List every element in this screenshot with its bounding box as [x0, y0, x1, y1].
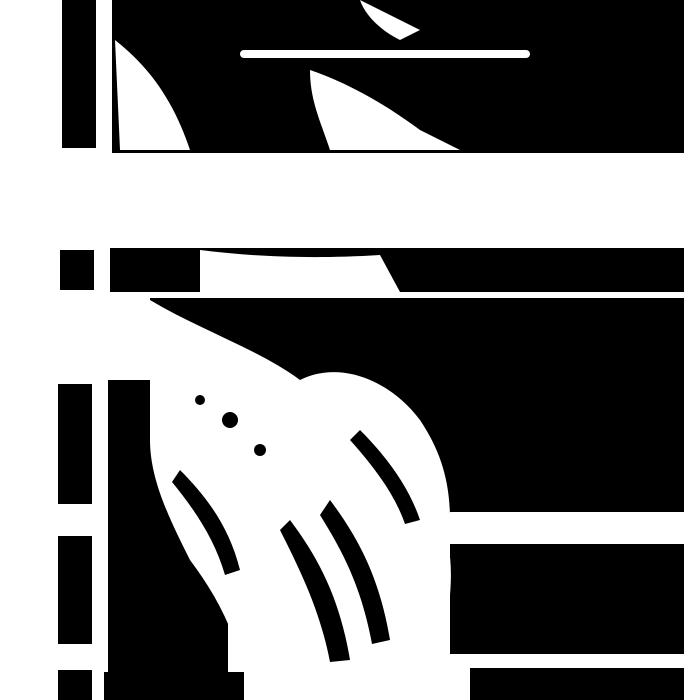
plant-silhouette [0, 0, 700, 700]
binarized-photo: High-contrast binarized black-and-white … [0, 0, 700, 700]
